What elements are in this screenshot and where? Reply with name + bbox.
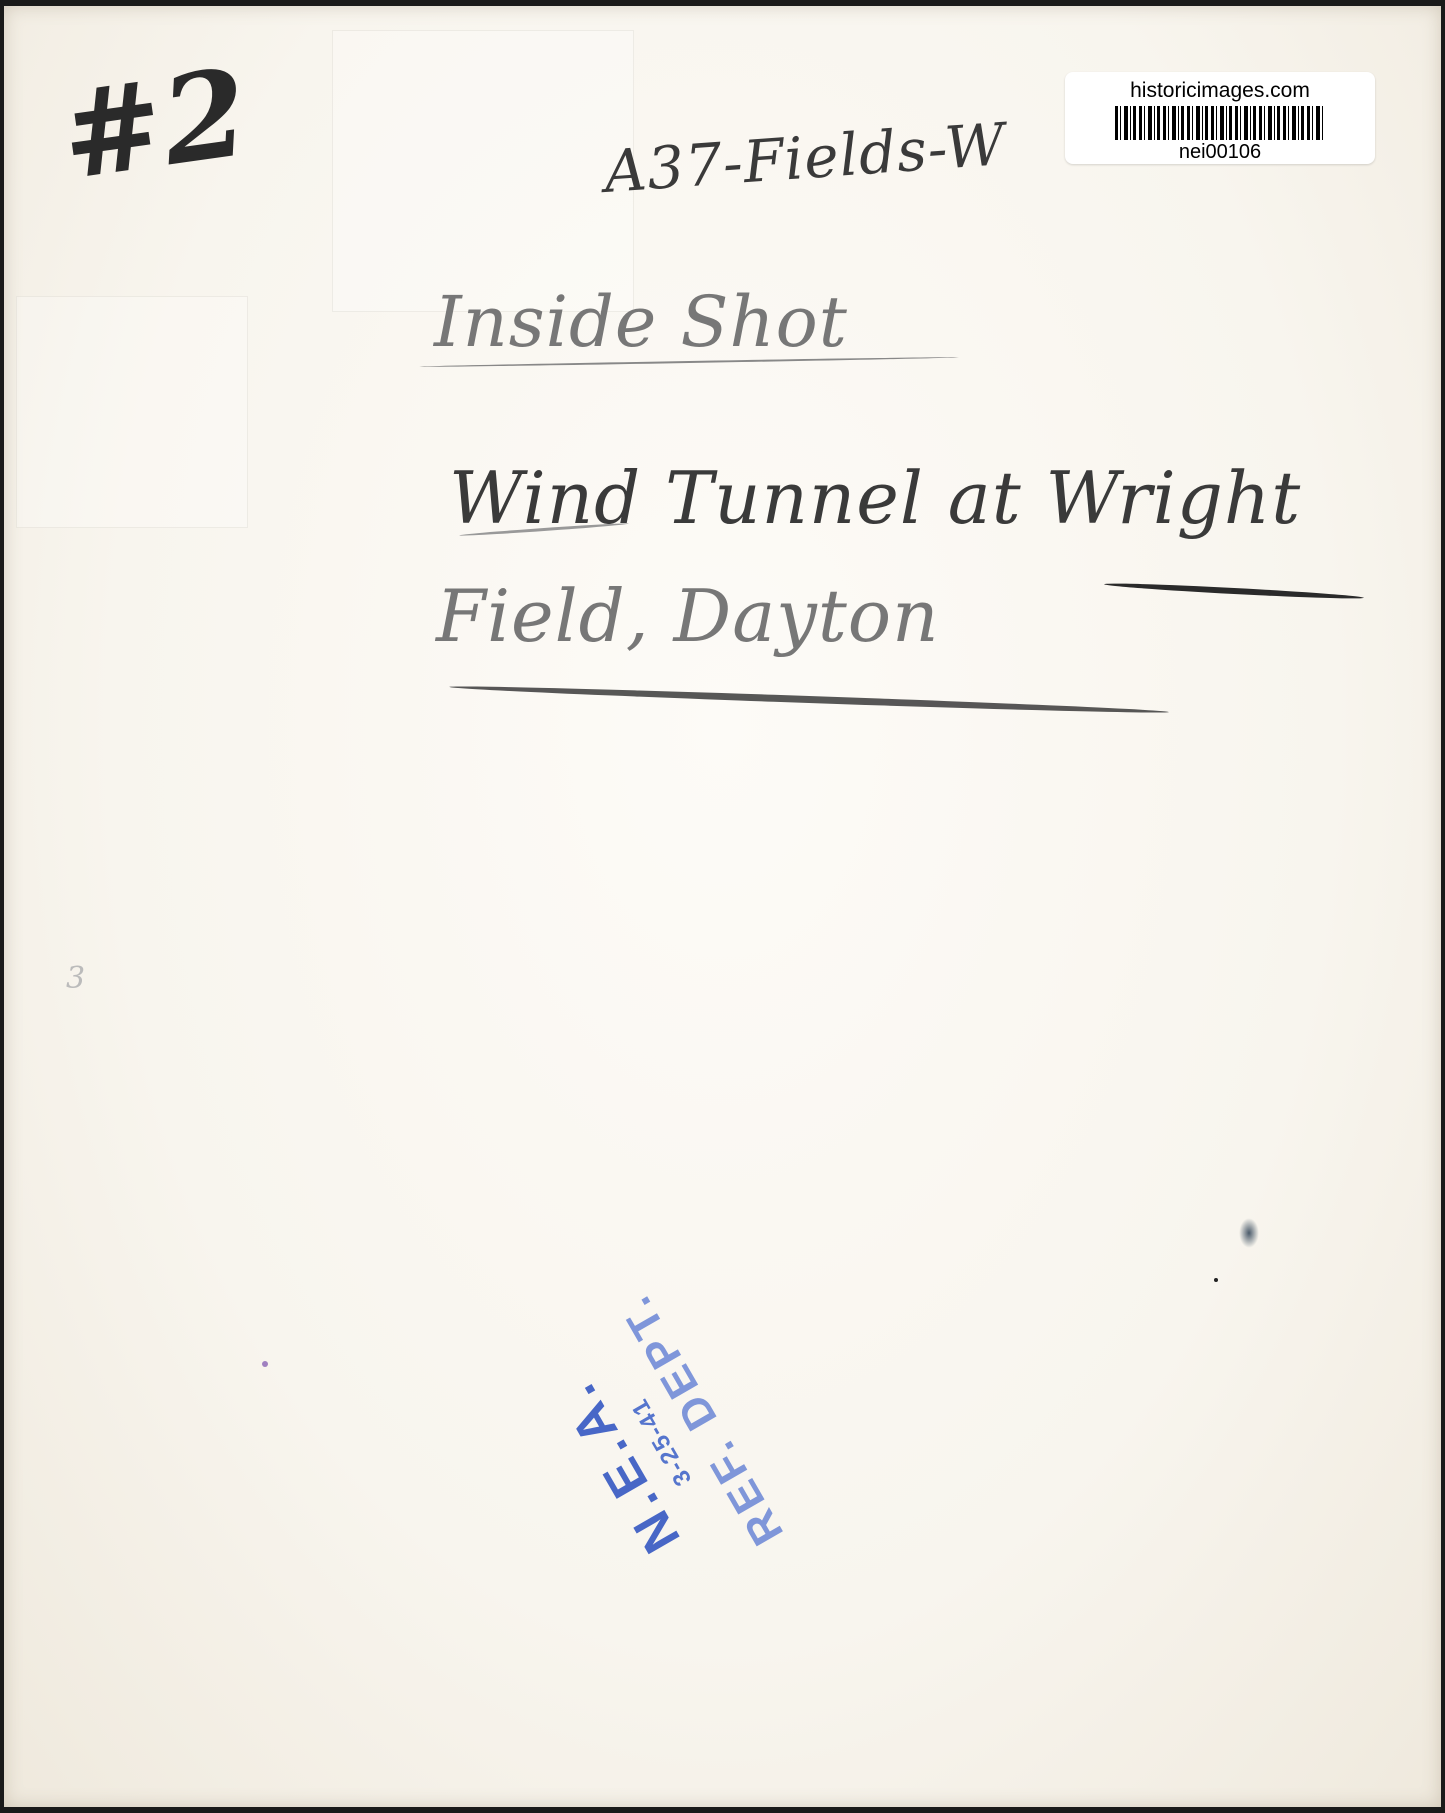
- handwritten-line-3: Field, Dayton: [436, 574, 939, 658]
- handwritten-line-1: Inside Shot: [434, 281, 848, 363]
- nea-ref-dept-stamp: N.E.A. 3-25-41 REF. DEPT.: [408, 1200, 900, 1692]
- archive-label: historicimages.com nei00106: [1065, 72, 1375, 164]
- number-mark: #2: [53, 42, 257, 208]
- label-site: historicimages.com: [1065, 79, 1375, 103]
- margin-mark: 3: [66, 961, 86, 996]
- faint-paper-patch: [332, 30, 634, 312]
- label-code: nei00106: [1065, 141, 1375, 163]
- photo-back-paper: #2 A37-Fields-W historicimages.com nei00…: [4, 6, 1441, 1807]
- top-note: A37-Fields-W: [602, 110, 1008, 206]
- underline-mark: [1104, 581, 1364, 601]
- ink-smudge: [1239, 1218, 1259, 1248]
- barcode-icon: [1115, 106, 1325, 140]
- faint-paper-patch: [16, 296, 248, 528]
- underline-mark: [449, 683, 1169, 715]
- ink-dot: [262, 1361, 268, 1367]
- ink-dot: [1214, 1278, 1218, 1282]
